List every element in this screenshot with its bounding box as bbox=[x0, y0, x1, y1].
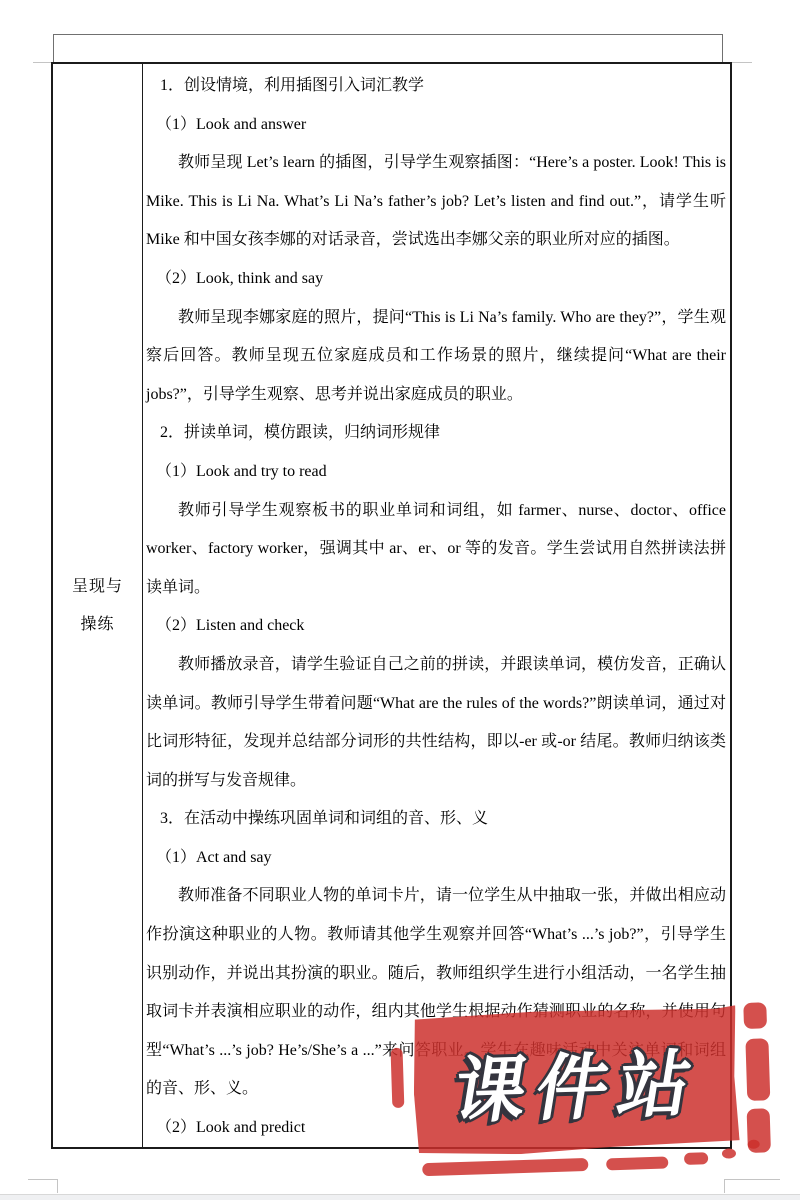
crop-mark-top-right bbox=[732, 62, 752, 63]
page-bottom-edge bbox=[0, 1194, 800, 1200]
stage-cell: 呈现与 操练 bbox=[53, 64, 143, 1147]
content-paragraph: 教师播放录音，请学生验证自己之前的拼读，并跟读单词，模仿发音，正确认读单词。教师… bbox=[146, 646, 726, 800]
content-subheading: （1）Act and say bbox=[146, 839, 726, 878]
crop-mark-bottom-right bbox=[724, 1179, 780, 1180]
watermark-stamp-edge bbox=[743, 1002, 767, 1029]
watermark-text: 课件站 bbox=[441, 1025, 710, 1137]
activities-cell: 1．创设情境，利用插图引入词汇教学 （1）Look and answer 教师呈… bbox=[143, 64, 730, 1147]
watermark-stamp-edge bbox=[684, 1152, 708, 1165]
content-paragraph: 教师呈现 Let’s learn 的插图，引导学生观察插图：“Here’s a … bbox=[146, 144, 726, 260]
crop-mark-top-left bbox=[33, 62, 51, 63]
content-heading: 3．在活动中操练巩固单词和词组的音、形、义 bbox=[146, 800, 726, 839]
content-heading: 2．拼读单词，模仿跟读，归纳词形规律 bbox=[146, 414, 726, 453]
content-subheading: （2）Look, think and say bbox=[146, 260, 726, 299]
content-paragraph: 教师呈现李娜家庭的照片，提问“This is Li Na’s family. W… bbox=[146, 299, 726, 415]
crop-mark-bottom-right bbox=[724, 1179, 725, 1193]
content-paragraph: 教师引导学生观察板书的职业单词和词组，如 farmer、nurse、doctor… bbox=[146, 492, 726, 608]
watermark-stamp-edge bbox=[722, 1148, 736, 1158]
lesson-plan-table: 呈现与 操练 1．创设情境，利用插图引入词汇教学 （1）Look and ans… bbox=[51, 62, 732, 1149]
watermark-stamp-edge bbox=[745, 1038, 770, 1101]
previous-table-row-sliver bbox=[53, 34, 723, 63]
crop-mark-bottom-left bbox=[57, 1179, 58, 1193]
content-subheading: （1）Look and answer bbox=[146, 106, 726, 145]
stage-label-line1: 呈现与 bbox=[72, 568, 123, 606]
watermark-stamp-edge bbox=[606, 1156, 668, 1170]
content-heading: 1．创设情境，利用插图引入词汇教学 bbox=[146, 67, 726, 106]
watermark-stamp-edge bbox=[422, 1158, 588, 1176]
stage-label-line2: 操练 bbox=[80, 606, 114, 644]
content-subheading: （2）Listen and check bbox=[146, 607, 726, 646]
watermark-stamp: 课件站 bbox=[387, 1000, 784, 1186]
watermark-stamp-body: 课件站 bbox=[411, 1005, 739, 1157]
content-subheading: （1）Look and try to read bbox=[146, 453, 726, 492]
watermark-stamp-edge bbox=[390, 1048, 404, 1108]
crop-mark-bottom-left bbox=[28, 1179, 58, 1180]
document-page: 呈现与 操练 1．创设情境，利用插图引入词汇教学 （1）Look and ans… bbox=[0, 0, 800, 1200]
